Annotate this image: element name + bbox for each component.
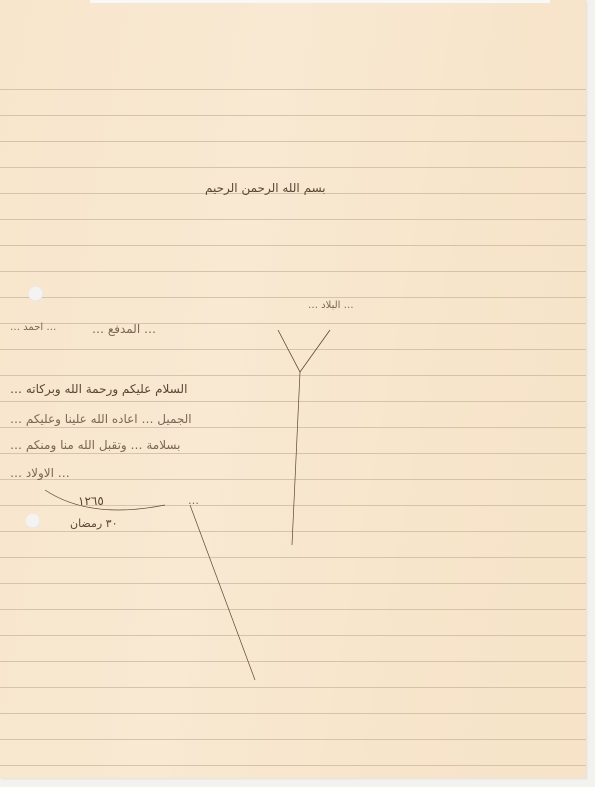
ruled-line [0,583,586,584]
ruled-line [0,219,586,220]
ruled-line [0,89,586,90]
ruled-line [0,479,586,480]
margin-note: … احمد … [10,322,56,333]
ruled-line [0,661,586,662]
ruled-line [0,453,586,454]
ruled-line [0,765,586,766]
punch-hole-lower [25,513,40,528]
address-line-2: … المدفع … [92,322,156,336]
ruled-line [0,635,586,636]
torn-top-edge [90,0,550,3]
body-line-1: السلام عليكم ورحمة الله وبركاته … [10,382,187,396]
address-line-1: … البلاد … [308,300,354,311]
paper-sheet: بسم الله الرحمن الرحيم … البلاد … … المد… [0,0,586,778]
ruled-line [0,115,586,116]
ruled-line [0,427,586,428]
body-line-3: بسلامة … وتقبل الله منا ومنكم … [10,438,180,452]
ruled-line [0,557,586,558]
heading-basmala: بسم الله الرحمن الرحيم [205,181,326,195]
ruled-line [0,687,586,688]
body-line-2: الجميل … اعاده الله علينا وعليكم … [10,412,192,426]
date-year: ١٢٦٥ [78,494,104,508]
ruled-line [0,323,586,324]
ruled-line [0,297,586,298]
ruled-line [0,739,586,740]
ruled-line [0,531,586,532]
ruled-line [0,713,586,714]
punch-hole-upper [28,286,43,301]
ruled-line [0,245,586,246]
ruled-line [0,375,586,376]
ruled-line [0,167,586,168]
body-line-4: … الاولاد … [10,466,70,480]
ruled-line [0,271,586,272]
ruled-line [0,349,586,350]
date-day-month: ٣٠ رمضان [70,517,118,530]
ruled-line [0,401,586,402]
signature: … [188,494,199,507]
ruled-line [0,141,586,142]
ruled-line [0,609,586,610]
